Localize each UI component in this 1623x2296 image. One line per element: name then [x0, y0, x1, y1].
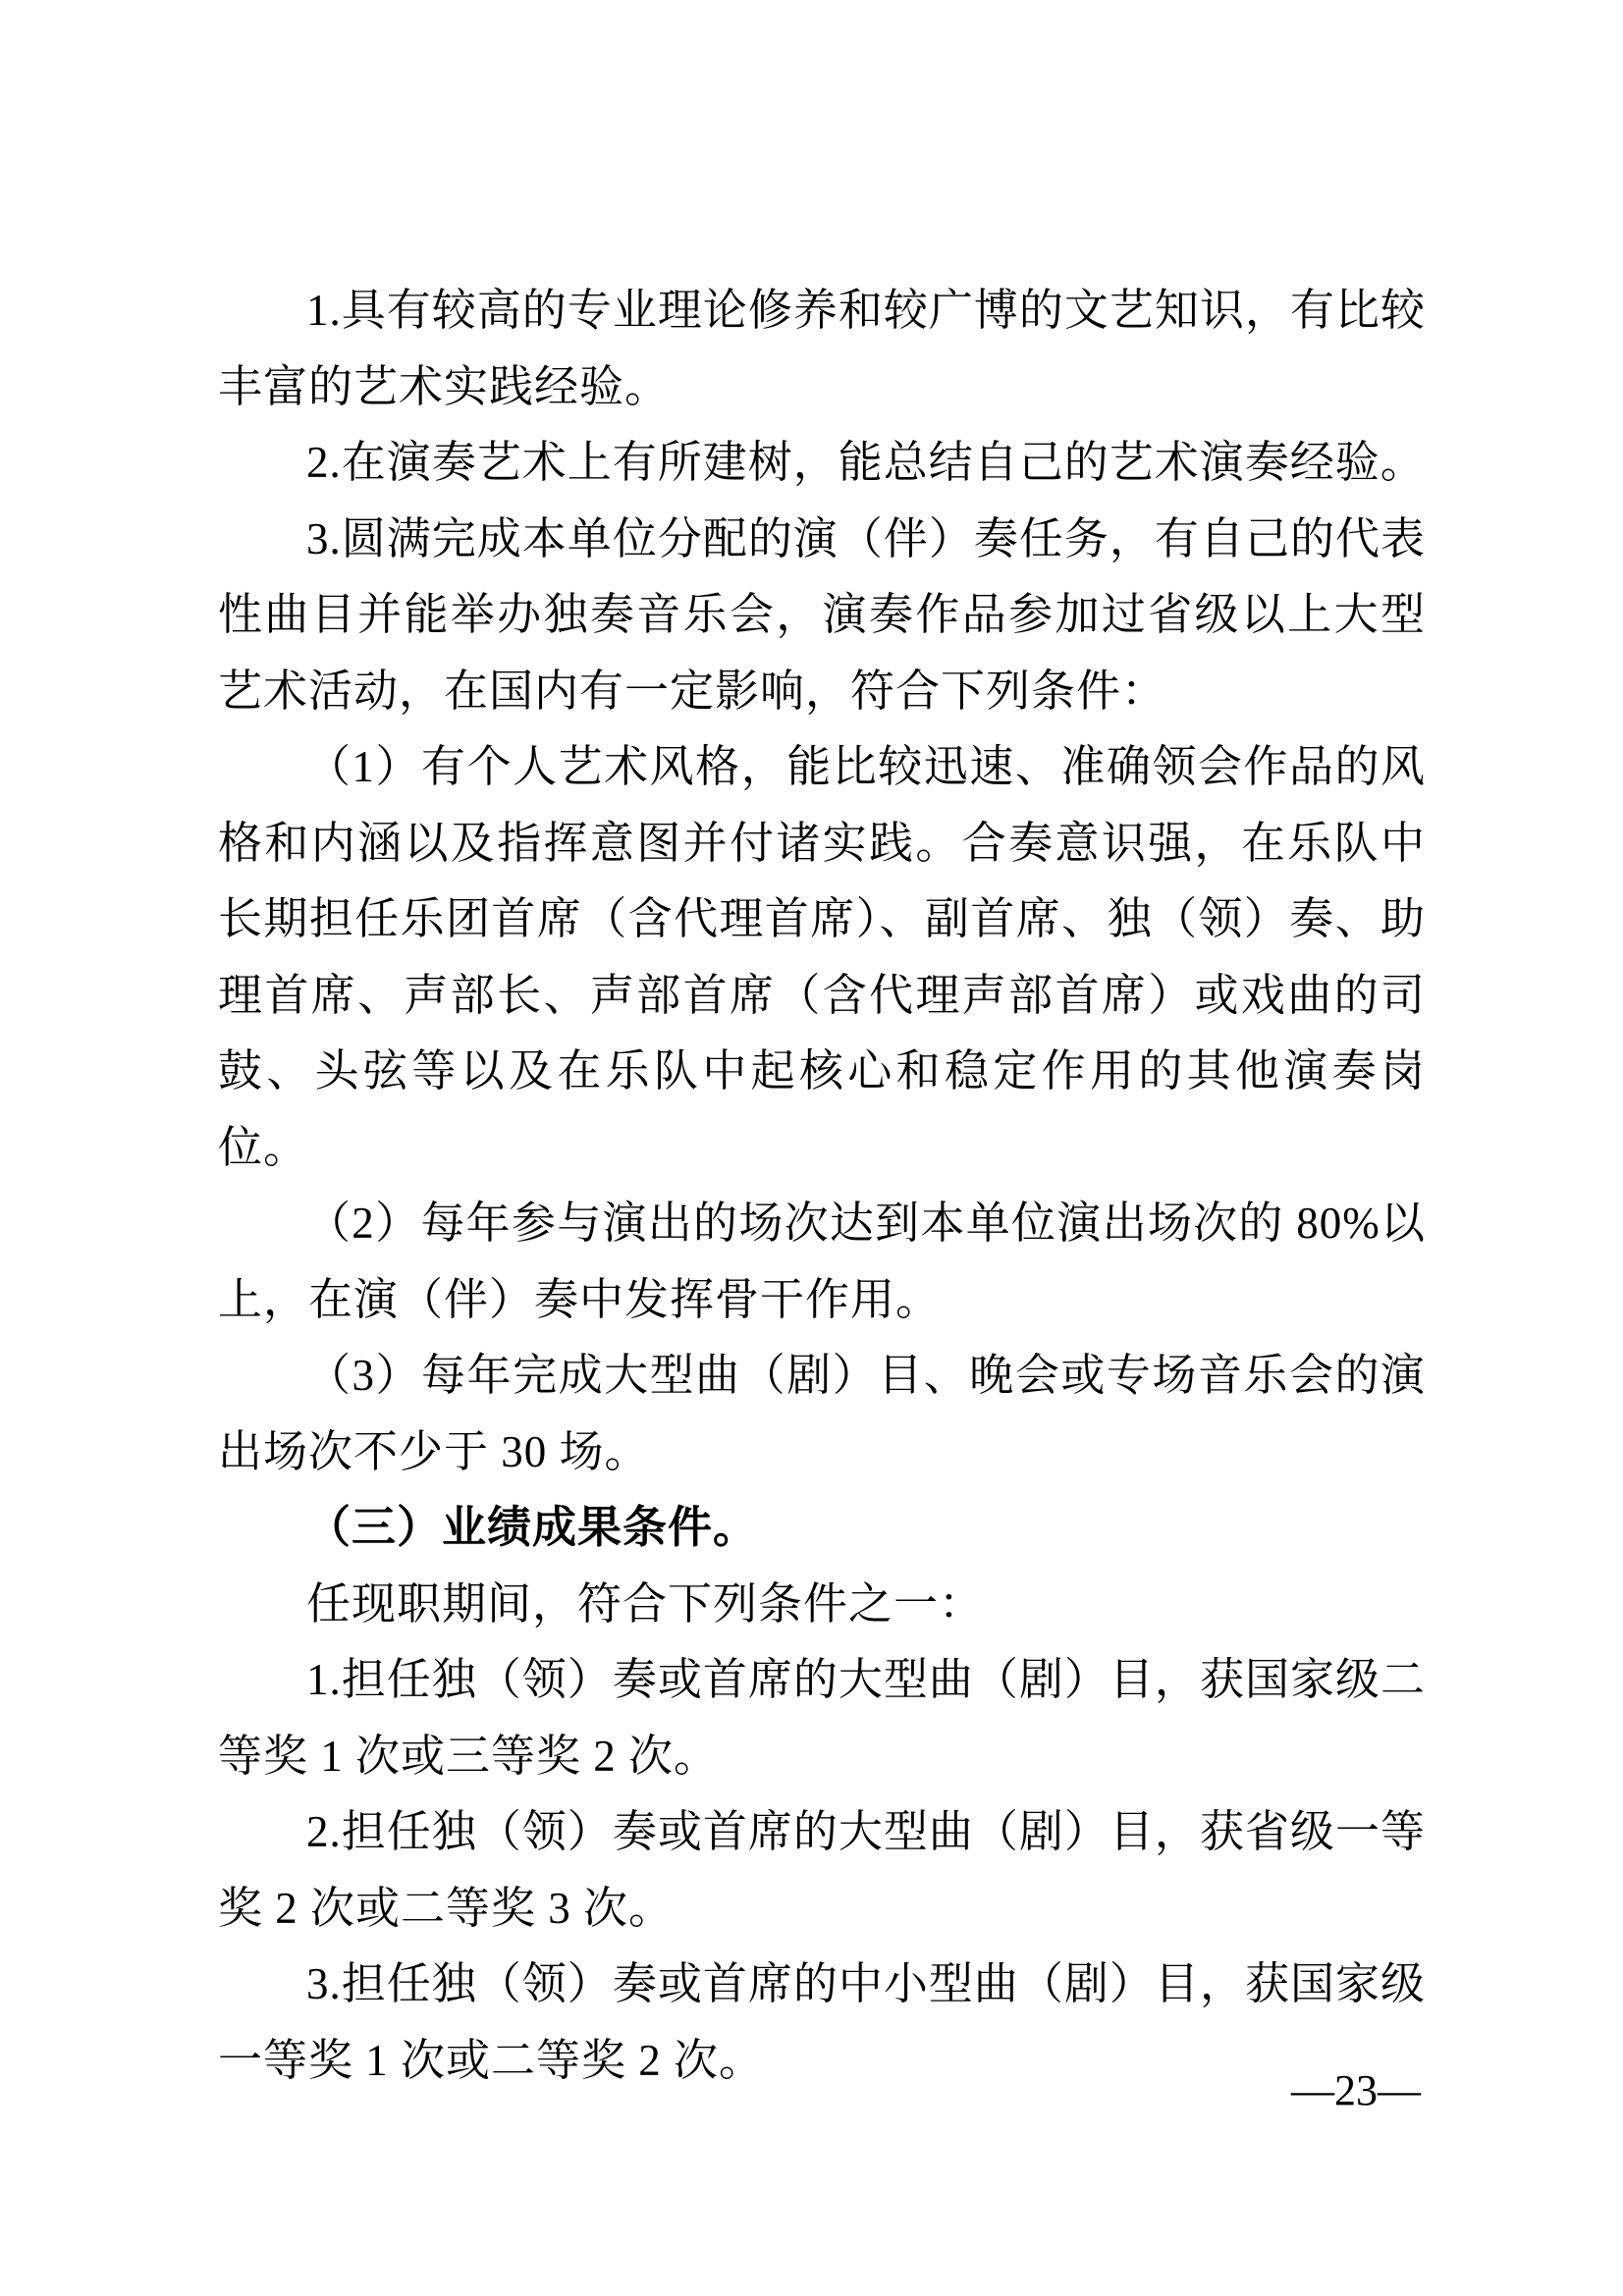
paragraph-9: 1.担任独（领）奏或首席的大型曲（剧）目，获国家级二等奖 1 次或三等奖 2 次… [218, 1642, 1426, 1794]
paragraph-4: （1）有个人艺术风格，能比较迅速、准确领会作品的风格和内涵以及指挥意图并付诸实践… [218, 729, 1426, 1186]
paragraph-5: （2）每年参与演出的场次达到本单位演出场次的 80%以上，在演（伴）奏中发挥骨干… [218, 1186, 1426, 1338]
page-number: —23— [1291, 2066, 1421, 2115]
paragraph-2: 2.在演奏艺术上有所建树，能总结自己的艺术演奏经验。 [218, 425, 1426, 502]
paragraph-3: 3.圆满完成本单位分配的演（伴）奏任务，有自己的代表性曲目并能举办独奏音乐会，演… [218, 502, 1426, 730]
paragraph-8: 任现职期间，符合下列条件之一： [218, 1567, 1426, 1643]
paragraph-11: 3.担任独（领）奏或首席的中小型曲（剧）目，获国家级一等奖 1 次或二等奖 2 … [218, 1947, 1426, 2099]
document-body: 1.具有较高的专业理论修养和较广博的文艺知识，有比较丰富的艺术实践经验。 2.在… [218, 273, 1426, 2099]
paragraph-10: 2.担任独（领）奏或首席的大型曲（剧）目，获省级一等奖 2 次或二等奖 3 次。 [218, 1794, 1426, 1947]
paragraph-1: 1.具有较高的专业理论修养和较广博的文艺知识，有比较丰富的艺术实践经验。 [218, 273, 1426, 425]
section-heading: （三）业绩成果条件。 [218, 1490, 1426, 1567]
paragraph-6: （3）每年完成大型曲（剧）目、晚会或专场音乐会的演出场次不少于 30 场。 [218, 1338, 1426, 1490]
document-page: 1.具有较高的专业理论修养和较广博的文艺知识，有比较丰富的艺术实践经验。 2.在… [0, 0, 1623, 2296]
